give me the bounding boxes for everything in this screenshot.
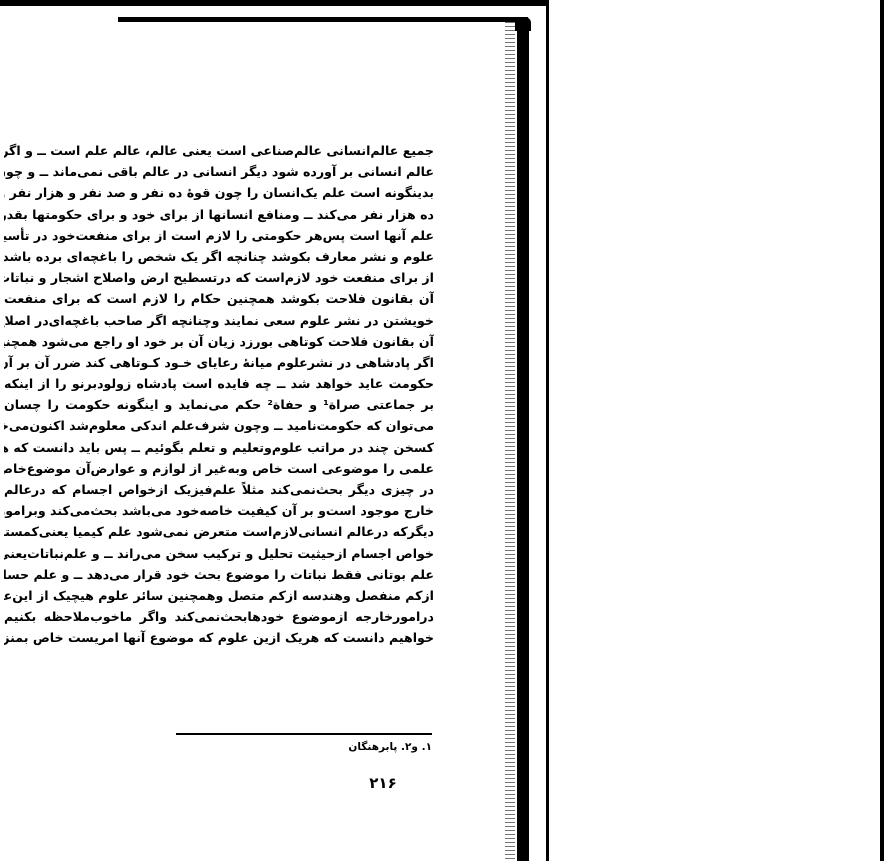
scan-divider-line: [546, 0, 549, 861]
text-line: عالم انسانی بر آورده شود دیگر انسانی در …: [4, 161, 434, 182]
page-number: ۲۱۶: [363, 774, 403, 792]
gutter-corner: [515, 17, 531, 31]
gutter-shadow: [505, 22, 515, 861]
text-line: می‌توان که حکومت‌نامید ــ وچون شرف‌علم ا…: [4, 415, 434, 436]
text-line: جمیع عالم‌انسانی عالم‌صناعی است یعنی عال…: [4, 140, 434, 161]
scan-right-edge: [880, 0, 884, 861]
text-line: علم بوتانی فقط نباتات را موضوع بحث خود ق…: [4, 564, 434, 585]
text-line: کسخن چند در مراتب علوم‌وتعلیم و تعلم بگو…: [4, 437, 434, 458]
text-line: خویشتن در نشر علوم سعی نمایند وچنانچه اگ…: [4, 310, 434, 331]
text-line: بدینگونه است علم یک‌انسان را چون قوهٔ ده…: [4, 182, 434, 203]
text-line: ازکم منفصل وهندسه ازکم متصل وهمچنین سائر…: [4, 585, 434, 606]
text-line: علم آنها است پس‌هر حکومتی را لازم است از…: [4, 225, 434, 246]
page-top-edge: [118, 17, 528, 22]
text-line: آن بقانون فلاحت کوتاهی بورزد زیان آن بر …: [4, 331, 434, 352]
text-line: در چیزی دیگر بحث‌نمی‌کند مثلاً علم‌فیزیک…: [4, 479, 434, 500]
text-line: خارج موجود است‌و بر آن کیفیت خاصه‌خود می…: [4, 500, 434, 521]
text-line: دیگرکه درعالم انسانی‌لازم‌است متعرض نمی‌…: [4, 521, 434, 542]
text-line: از برای منفعت خود لازم‌است که درتسطیح ار…: [4, 267, 434, 288]
text-line: علوم و نشر معارف بکوشد چنانچه اگر یک شخص…: [4, 246, 434, 267]
text-line: ده هزار نفر می‌کند ــ ومنافع انسانها از …: [4, 204, 434, 225]
text-line: حکومت عاید خواهد شد ــ چه فایده است پادش…: [4, 373, 434, 394]
footnote-separator: [176, 733, 432, 735]
text-line: بر جماعتی صراة¹ و حفاة² حکم می‌نماید و ا…: [4, 394, 434, 415]
footnote-text: ۱. و۲. پابرهنگان: [348, 741, 432, 753]
scan-top-edge: [0, 0, 548, 6]
footnote: ۱. و۲. پابرهنگان: [176, 741, 432, 753]
text-line: اگر پادشاهی در نشرعلوم میانهٔ رعایای خـو…: [4, 352, 434, 373]
body-text: جمیع عالم‌انسانی عالم‌صناعی است یعنی عال…: [4, 140, 434, 649]
text-line: درامورخارجه ازموضوع خودهابحث‌نمی‌کند واگ…: [4, 606, 434, 627]
book-gutter: [517, 22, 529, 861]
text-line: خواهیم دانست که هریک ازین علوم که موضوع …: [4, 627, 434, 648]
text-line: خواص اجسام ازحیثیت تحلیل و ترکیب سخن می‌…: [4, 543, 434, 564]
text-line: علمی را موضوعی است خاص وبه‌غیر از لوازم …: [4, 458, 434, 479]
text-line: آن بقانون فلاحت بکوشد همچنین حکام را لاز…: [4, 288, 434, 309]
